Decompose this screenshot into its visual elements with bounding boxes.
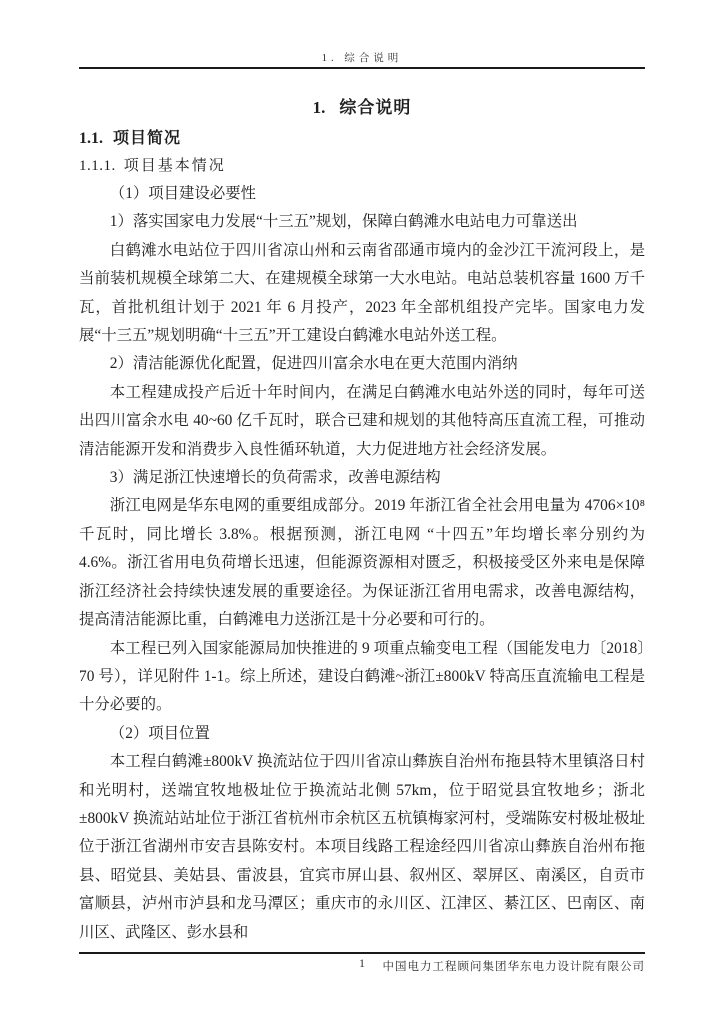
section-heading-text: 项目简况 [113,130,181,147]
footer-rule [79,952,645,954]
paragraph: 本工程已列入国家能源局加快推进的 9 项重点输变电工程（国能发电力〔2018〕7… [79,635,645,720]
section-heading-number: 1.1. [79,130,103,147]
paragraph: 本工程建成投产后近十年时间内，在满足白鹤滩水电站外送的同时，每年可送出四川富余水… [79,379,645,464]
paragraph: 本工程白鹤滩±800kV 换流站位于四川省凉山彝族自治州布拖县特木里镇洛日村和光… [79,748,645,947]
list-heading: （1）项目建设必要性 [79,180,645,208]
page-footer: 1 中国电力工程顾问集团华东电力设计院有限公司 [79,958,645,976]
document-page: 1. 综合说明 1.综合说明 1.1.项目简况 1.1.1.项目基本情况 （1）… [0,0,723,1024]
running-header: 1. 综合说明 [79,50,645,65]
list-heading: 1）落实国家电力发展“十三五”规划，保障白鹤滩水电站电力可靠送出 [79,208,645,236]
subsection-heading-number: 1.1.1. [79,158,116,174]
subsection-heading: 1.1.1.项目基本情况 [79,154,226,175]
list-heading: 2）清洁能源优化配置，促进四川富余水电在更大范围内消纳 [79,350,645,378]
paragraph: 浙江电网是华东电网的重要组成部分。2019 年浙江省全社会用电量为 4706×1… [79,492,645,634]
list-heading: 3）满足浙江快速增长的负荷需求，改善电源结构 [79,464,645,492]
footer-company-name: 中国电力工程顾问集团华东电力设计院有限公司 [383,958,646,974]
body-text: （1）项目建设必要性 1）落实国家电力发展“十三五”规划，保障白鹤滩水电站电力可… [79,180,645,947]
list-heading: （2）项目位置 [79,720,645,748]
page-title-text: 综合说明 [339,98,411,117]
header-rule [79,67,645,69]
subsection-heading-text: 项目基本情况 [124,158,226,174]
paragraph: 白鹤滩水电站位于四川省凉山州和云南省邵通市境内的金沙江干流河段上，是当前装机规模… [79,237,645,351]
page-title: 1.综合说明 [79,93,645,118]
page-title-number: 1. [313,98,326,117]
section-heading: 1.1.项目简况 [79,125,181,148]
